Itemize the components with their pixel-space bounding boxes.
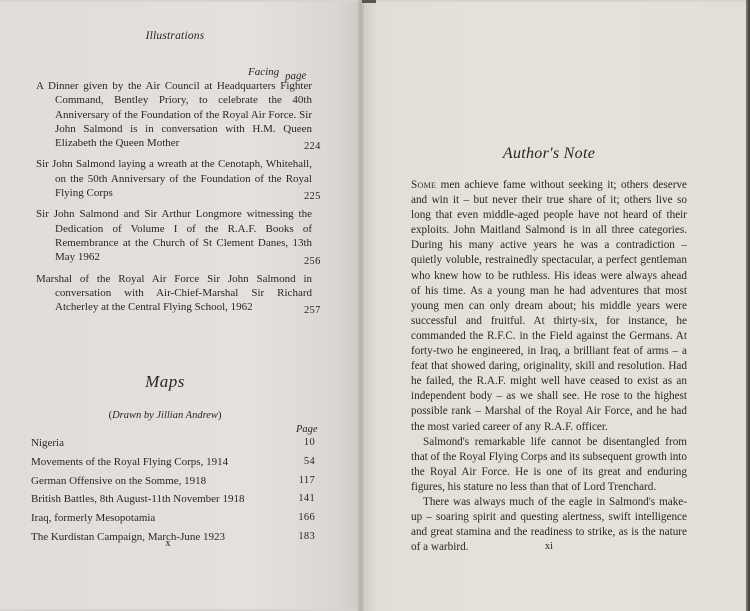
right-page-folio: xi — [376, 541, 722, 552]
illustration-page-number: 257 — [304, 305, 321, 316]
facing-label: Facing — [248, 66, 279, 78]
map-title: British Battles, 8th August-11th Novembe… — [31, 492, 244, 511]
facing-page-column-head: Facing page — [248, 66, 306, 78]
paragraph: Salmond's remarkable life cannot be dise… — [411, 435, 687, 495]
map-entry: Movements of the Royal Flying Corps, 191… — [31, 455, 315, 474]
map-entry: Iraq, formerly Mesopotamia 166 — [31, 511, 315, 530]
map-page-number: 166 — [298, 511, 315, 530]
illustration-page-number: 256 — [304, 256, 321, 267]
map-title: Iraq, formerly Mesopotamia — [31, 511, 155, 530]
page-edge-shadow — [746, 0, 750, 611]
paren-close: ) — [218, 410, 222, 421]
authors-note-heading: Author's Note — [376, 145, 722, 163]
maps-credit-text: Drawn by Jillian Andrew — [112, 410, 218, 421]
map-page-number: 117 — [299, 474, 315, 493]
map-entry: Nigeria 10 — [31, 436, 315, 455]
illustration-entry: Sir John Salmond and Sir Arthur Longmore… — [36, 207, 316, 264]
illustration-caption: Sir John Salmond laying a wreath at the … — [36, 157, 312, 200]
illustration-caption: Marshal of the Royal Air Force Sir John … — [36, 272, 312, 315]
paragraph: Some men achieve fame without seeking it… — [411, 178, 687, 435]
illustrations-list: A Dinner given by the Air Council at Hea… — [36, 79, 316, 321]
maps-credit: (Drawn by Jillian Andrew) — [0, 410, 330, 421]
map-entry: German Offensive on the Somme, 1918 117 — [31, 474, 315, 493]
illustration-page-number: 224 — [304, 141, 321, 152]
book-gutter — [358, 0, 364, 611]
maps-heading: Maps — [0, 372, 330, 392]
illustration-entry: Marshal of the Royal Air Force Sir John … — [36, 272, 316, 315]
left-page-folio: x — [0, 538, 336, 549]
map-page-number: 54 — [304, 455, 315, 474]
map-title: Movements of the Royal Flying Corps, 191… — [31, 455, 228, 474]
maps-list: Nigeria 10 Movements of the Royal Flying… — [31, 436, 315, 549]
map-entry: British Battles, 8th August-11th Novembe… — [31, 492, 315, 511]
map-title: Nigeria — [31, 436, 64, 455]
illustration-entry: Sir John Salmond laying a wreath at the … — [36, 157, 316, 200]
map-page-number: 10 — [304, 436, 315, 455]
spine-edge — [362, 0, 376, 3]
illustration-caption: Sir John Salmond and Sir Arthur Longmore… — [36, 207, 312, 264]
map-title: German Offensive on the Somme, 1918 — [31, 474, 206, 493]
illustration-page-number: 225 — [304, 191, 321, 202]
illustrations-heading: Illustrations — [0, 30, 350, 42]
authors-note-body: Some men achieve fame without seeking it… — [411, 178, 687, 555]
paragraph-text: Salmond's remarkable life cannot be dise… — [411, 436, 687, 493]
maps-page-column-head: Page — [296, 424, 318, 435]
map-page-number: 141 — [298, 492, 315, 511]
illustration-caption: A Dinner given by the Air Council at Hea… — [36, 79, 312, 150]
illustration-entry: A Dinner given by the Air Council at Hea… — [36, 79, 316, 150]
paragraph-text: men achieve fame without seeking it; oth… — [411, 179, 687, 433]
paragraph-lead-word: Some — [411, 179, 436, 191]
book-spread: Illustrations Facing page A Dinner given… — [0, 0, 750, 611]
